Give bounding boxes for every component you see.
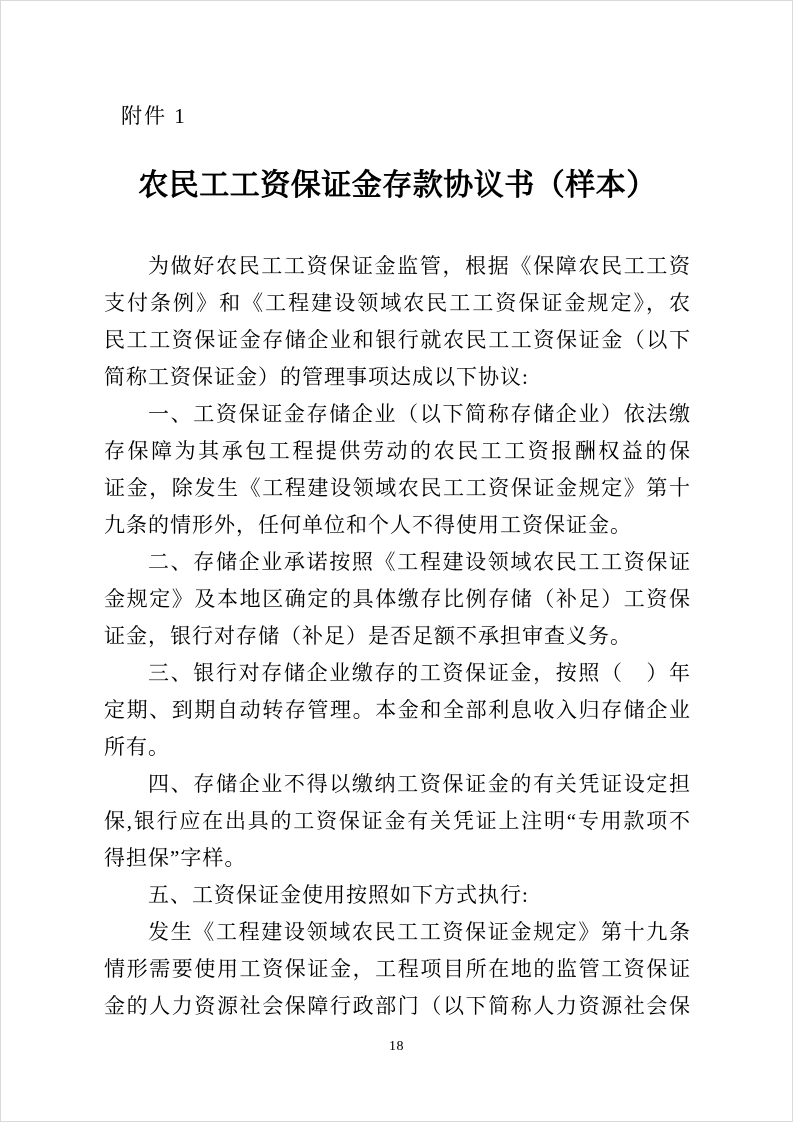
- body-line: 保,银行应在出具的工资保证金有关凭证上注明“专用款项不: [104, 803, 691, 840]
- document-body: 为做好农民工工资保证金监管，根据《保障农民工工资 支付条例》和《工程建设领域农民…: [104, 248, 691, 1025]
- body-line: 金规定》及本地区确定的具体缴存比例存储（补足）工资保: [104, 581, 691, 618]
- body-line: 民工工资保证金存储企业和银行就农民工工资保证金（以下: [104, 322, 691, 359]
- attachment-label: 附件 1: [121, 100, 187, 130]
- body-line: 五、工资保证金使用按照如下方式执行:: [104, 877, 691, 914]
- body-line: 二、存储企业承诺按照《工程建设领域农民工工资保证: [104, 544, 691, 581]
- body-line: 情形需要使用工资保证金，工程项目所在地的监管工资保证: [104, 951, 691, 988]
- body-line: 为做好农民工工资保证金监管，根据《保障农民工工资: [104, 248, 691, 285]
- body-line: 一、工资保证金存储企业（以下简称存储企业）依法缴: [104, 396, 691, 433]
- body-line: 定期、到期自动转存管理。本金和全部利息收入归存储企业: [104, 692, 691, 729]
- document-title: 农民工工资保证金存款协议书（样本）: [104, 160, 691, 204]
- body-line: 九条的情形外，任何单位和个人不得使用工资保证金。: [104, 507, 691, 544]
- body-line: 简称工资保证金）的管理事项达成以下协议:: [104, 359, 691, 396]
- body-line: 金的人力资源社会保障行政部门（以下简称人力资源社会保: [104, 988, 691, 1025]
- body-line: 发生《工程建设领域农民工工资保证金规定》第十九条: [104, 914, 691, 951]
- body-line: 得担保”字样。: [104, 840, 691, 877]
- body-line: 四、存储企业不得以缴纳工资保证金的有关凭证设定担: [104, 766, 691, 803]
- document-page: 附件 1 农民工工资保证金存款协议书（样本） 为做好农民工工资保证金监管，根据《…: [0, 0, 793, 1122]
- body-line: 所有。: [104, 729, 691, 766]
- body-line: 证金，除发生《工程建设领域农民工工资保证金规定》第十: [104, 470, 691, 507]
- body-line: 支付条例》和《工程建设领域农民工工资保证金规定》，农: [104, 285, 691, 322]
- page-number: 18: [1, 1039, 792, 1055]
- body-line: 证金，银行对存储（补足）是否足额不承担审查义务。: [104, 618, 691, 655]
- body-line: 存保障为其承包工程提供劳动的农民工工资报酬权益的保: [104, 433, 691, 470]
- body-line: 三、银行对存储企业缴存的工资保证金，按照（ ）年: [104, 655, 691, 692]
